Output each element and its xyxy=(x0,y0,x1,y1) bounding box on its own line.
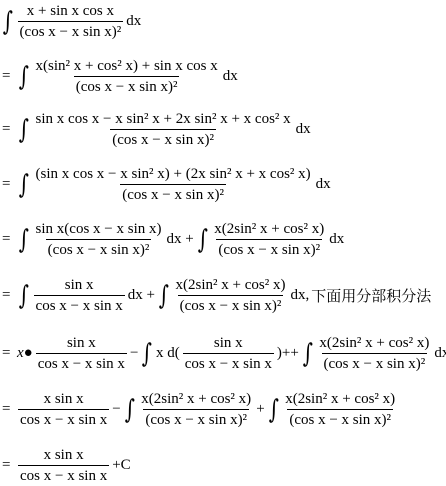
denominator: cos x − x sin x xyxy=(18,409,109,429)
equation-line-3: = ∫ sin x cos x − x sin² x + 2x sin² x +… xyxy=(0,110,312,149)
denominator: (cos x − x sin x)² xyxy=(110,129,216,149)
integral-sign: ∫ xyxy=(159,283,169,309)
numerator: sin x(cos x − x sin x) xyxy=(34,220,164,239)
fraction: x + sin x cos x (cos x − x sin x)² xyxy=(18,2,124,41)
denominator: cos x − x sin x xyxy=(34,295,125,315)
denominator: (cos x − x sin x)² xyxy=(74,76,180,96)
numerator: x(sin² x + cos² x) + sin x cos x xyxy=(34,57,220,76)
equals-sign: = xyxy=(2,176,16,193)
differential: dx xyxy=(433,345,446,362)
fraction: sin x(cos x − x sin x) (cos x − x sin x)… xyxy=(34,220,164,259)
plus-constant: +C xyxy=(111,457,131,474)
x-d-open: x d( xyxy=(155,345,181,362)
integral-sign: ∫ xyxy=(19,283,29,309)
denominator: (cos x − x sin x)² xyxy=(46,239,152,259)
equals-sign: = xyxy=(2,68,16,85)
denominator: (cos x − x sin x)² xyxy=(178,295,284,315)
equation-line-7: = x● sin x cos x − x sin x − ∫ x d( sin … xyxy=(0,334,446,373)
plus-sign: + xyxy=(255,401,265,418)
numerator: sin x xyxy=(63,276,96,295)
differential: dx xyxy=(295,121,312,138)
differential-plus: dx + xyxy=(127,287,156,304)
denominator: (cos x − x sin x)² xyxy=(216,239,322,259)
fraction: x(sin² x + cos² x) + sin x cos x (cos x … xyxy=(34,57,220,96)
numerator: x(2sin² x + cos² x) xyxy=(139,390,253,409)
integral-sign: ∫ xyxy=(3,9,13,35)
integral-sign: ∫ xyxy=(124,397,134,423)
numerator: x sin x xyxy=(42,446,86,465)
fraction: x sin x cos x − x sin x xyxy=(18,446,109,485)
denominator: (cos x − x sin x)² xyxy=(120,184,226,204)
numerator: x sin x xyxy=(42,390,86,409)
close-plus: )++ xyxy=(276,345,300,362)
fraction: x(2sin² x + cos² x) (cos x − x sin x)² xyxy=(212,220,326,259)
x-times: x● xyxy=(16,345,34,362)
equation-line-4: = ∫ (sin x cos x − x sin² x) + (2x sin² … xyxy=(0,165,332,204)
differential: dx xyxy=(125,13,142,30)
differential: dx xyxy=(328,231,345,248)
differential: dx xyxy=(315,176,332,193)
numerator: sin x cos x − x sin² x + 2x sin² x + x c… xyxy=(34,110,293,129)
fraction: x(2sin² x + cos² x) (cos x − x sin x)² xyxy=(283,390,397,429)
minus-sign: − xyxy=(129,345,139,362)
integral-sign: ∫ xyxy=(19,117,29,143)
equation-line-5: = ∫ sin x(cos x − x sin x) (cos x − x si… xyxy=(0,220,345,259)
equation-line-2: = ∫ x(sin² x + cos² x) + sin x cos x (co… xyxy=(0,57,239,96)
equals-sign: = xyxy=(2,345,16,362)
numerator: x + sin x cos x xyxy=(25,2,116,21)
equation-line-6: = ∫ sin x cos x − x sin x dx + ∫ x(2sin²… xyxy=(0,276,432,315)
differential-plus: dx + xyxy=(166,231,195,248)
integral-sign: ∫ xyxy=(197,227,207,253)
denominator: cos x − x sin x xyxy=(183,353,274,373)
integral-sign: ∫ xyxy=(303,341,313,367)
equals-sign: = xyxy=(2,457,16,474)
differential: dx, xyxy=(289,287,310,304)
numerator: x(2sin² x + cos² x) xyxy=(317,334,431,353)
denominator: (cos x − x sin x)² xyxy=(287,409,393,429)
integral-sign: ∫ xyxy=(19,227,29,253)
fraction: x(2sin² x + cos² x) (cos x − x sin x)² xyxy=(317,334,431,373)
numerator: x(2sin² x + cos² x) xyxy=(283,390,397,409)
numerator: sin x xyxy=(65,334,98,353)
integral-sign: ∫ xyxy=(19,64,29,90)
equals-sign: = xyxy=(2,231,16,248)
equation-line-8: = x sin x cos x − x sin x − ∫ x(2sin² x … xyxy=(0,390,399,429)
denominator: (cos x − x sin x)² xyxy=(143,409,249,429)
denominator: (cos x − x sin x)² xyxy=(18,21,124,41)
integral-sign: ∫ xyxy=(268,397,278,423)
fraction: x(2sin² x + cos² x) (cos x − x sin x)² xyxy=(139,390,253,429)
fraction: x(2sin² x + cos² x) (cos x − x sin x)² xyxy=(174,276,288,315)
differential: dx xyxy=(222,68,239,85)
fraction: (sin x cos x − x sin² x) + (2x sin² x + … xyxy=(34,165,313,204)
numerator: x(2sin² x + cos² x) xyxy=(212,220,326,239)
fraction: sin x cos x − x sin² x + 2x sin² x + x c… xyxy=(34,110,293,149)
numerator: sin x xyxy=(212,334,245,353)
minus-sign: − xyxy=(111,401,121,418)
method-note: 下面用分部积分法 xyxy=(310,285,432,306)
denominator: cos x − x sin x xyxy=(36,353,127,373)
denominator: cos x − x sin x xyxy=(18,465,109,485)
fraction: sin x cos x − x sin x xyxy=(36,334,127,373)
integral-sign: ∫ xyxy=(19,172,29,198)
denominator: (cos x − x sin x)² xyxy=(322,353,428,373)
fraction: sin x cos x − x sin x xyxy=(34,276,125,315)
fraction: x sin x cos x − x sin x xyxy=(18,390,109,429)
numerator: x(2sin² x + cos² x) xyxy=(174,276,288,295)
equation-line-9: = x sin x cos x − x sin x +C xyxy=(0,446,132,485)
integral-sign: ∫ xyxy=(142,341,152,367)
equals-sign: = xyxy=(2,287,16,304)
numerator: (sin x cos x − x sin² x) + (2x sin² x + … xyxy=(34,165,313,184)
equation-line-1: ∫ x + sin x cos x (cos x − x sin x)² dx xyxy=(0,2,142,41)
equals-sign: = xyxy=(2,401,16,418)
fraction: sin x cos x − x sin x xyxy=(183,334,274,373)
equals-sign: = xyxy=(2,121,16,138)
